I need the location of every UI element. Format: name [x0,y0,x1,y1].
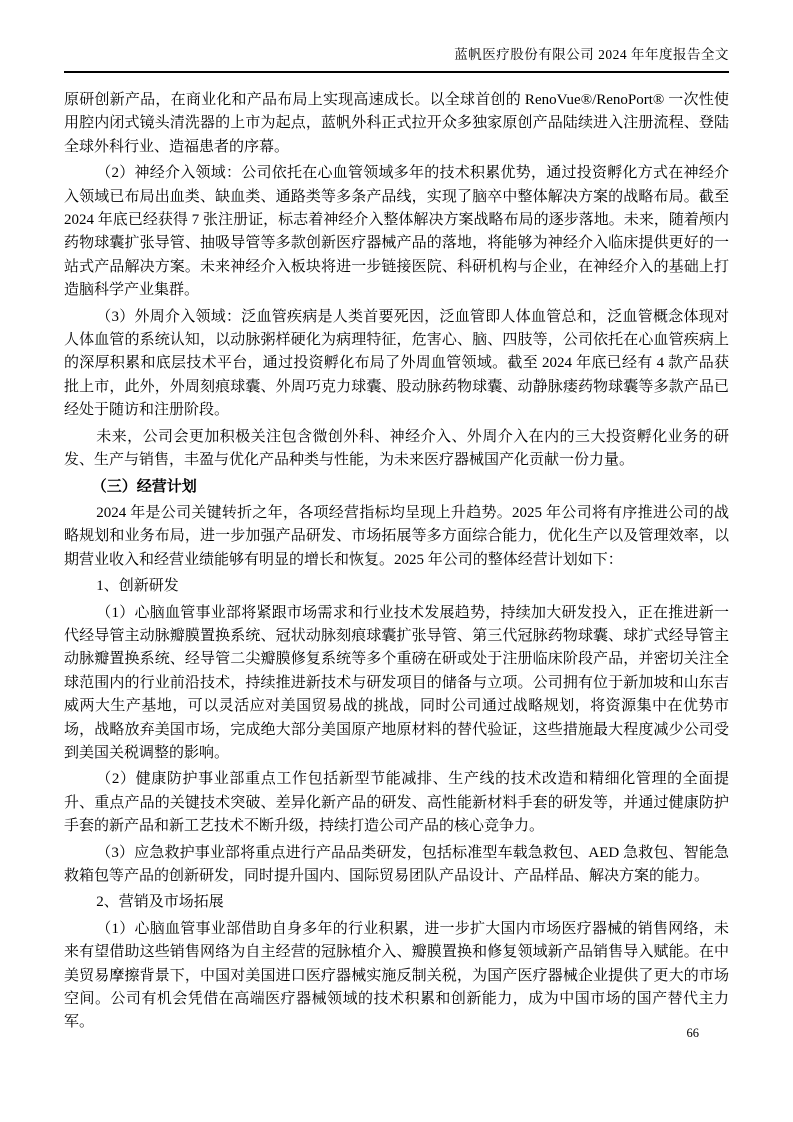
section-heading-operating-plan: （三）经营计划 [64,476,729,499]
annual-report-page: 蓝帆医疗股份有限公司 2024 年年度报告全文 原研创新产品，在商业化和产品布局… [0,0,793,1122]
paragraph-rd-cardiovascular: （1）心脑血管事业部将紧跟市场需求和行业技术发展趋势，持续加大研发投入，正在推进… [64,602,729,766]
paragraph-continuation-surgical: 原研创新产品，在商业化和产品布局上实现高速成长。以全球首创的 RenoVue®/… [64,89,729,159]
paragraph-marketing-cardiovascular: （1）心脑血管事业部借助自身多年的行业积累，进一步扩大国内市场医疗器械的销售网络… [64,918,729,1035]
subsection-heading-innovation-rd: 1、创新研发 [64,575,729,598]
page-header: 蓝帆医疗股份有限公司 2024 年年度报告全文 [64,46,729,73]
document-body: 原研创新产品，在商业化和产品布局上实现高速成长。以全球首创的 RenoVue®/… [64,89,729,1038]
paragraph-2024-transition: 2024 年是公司关键转折之年，各项经营指标均呈现上升趋势。2025 年公司将有… [64,502,729,572]
subsection-heading-marketing-expansion: 2、营销及市场拓展 [64,891,729,914]
paragraph-neuro-intervention: （2）神经介入领域：公司依托在心血管领域多年的技术积累优势，通过投资孵化方式在神… [64,162,729,302]
paragraph-future-incubation: 未来，公司会更加积极关注包含微创外科、神经介入、外周介入在内的三大投资孵化业务的… [64,426,729,473]
paragraph-rd-health-protection: （2）健康防护事业部重点工作包括新型节能减排、生产线的技术改造和精细化管理的全面… [64,768,729,838]
header-divider [64,71,729,73]
page-number: 66 [687,1026,700,1041]
report-header-title: 蓝帆医疗股份有限公司 2024 年年度报告全文 [64,46,729,71]
paragraph-rd-emergency-care: （3）应急救护事业部将重点进行产品品类研发，包括标准型车载急救包、AED 急救包… [64,842,729,889]
paragraph-peripheral-intervention: （3）外周介入领域：泛血管疾病是人类首要死因，泛血管即人体血管总和，泛血管概念体… [64,306,729,423]
